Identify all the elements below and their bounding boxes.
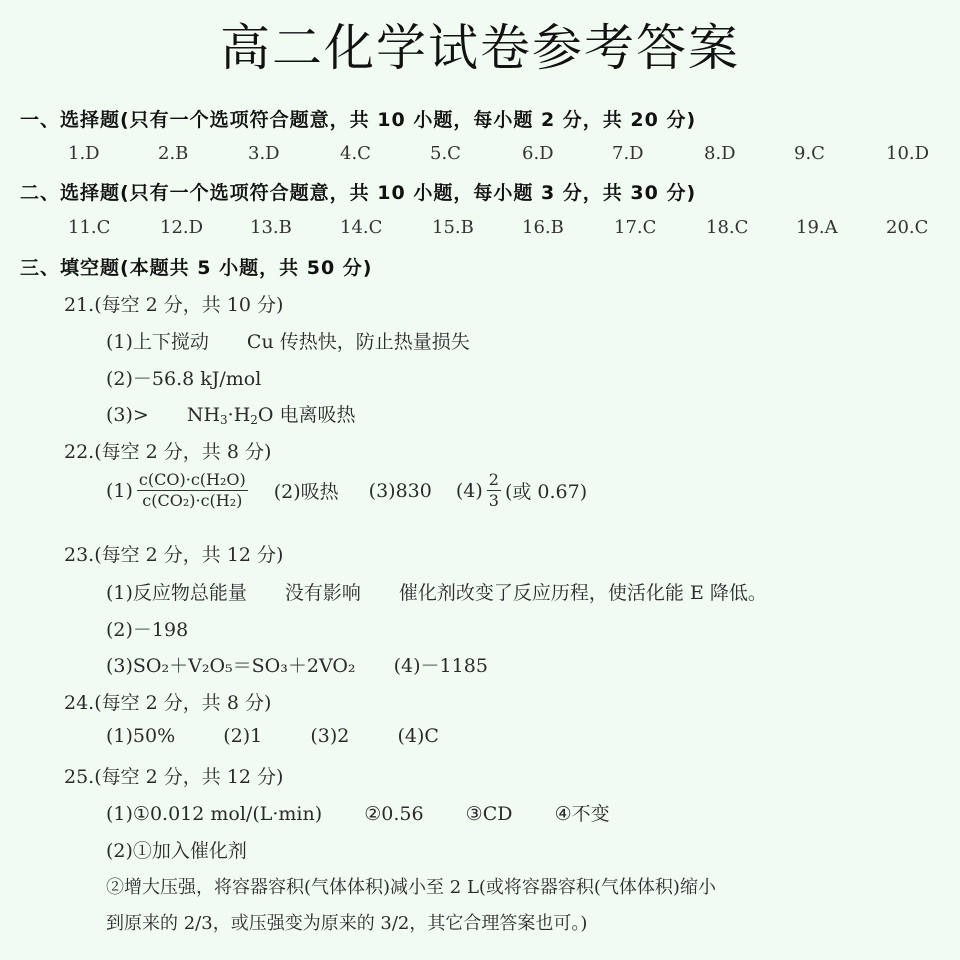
q22-a1-label: (1) xyxy=(106,480,133,502)
q25-answer-2-1: (2)①加入催化剂 xyxy=(106,836,247,863)
q21-a3-sub1: 3 xyxy=(220,413,228,427)
answer-10: 10.D xyxy=(886,143,929,164)
answer-2: 2.B xyxy=(158,143,188,164)
q21-a3-prefix: (3)> NH xyxy=(106,404,220,426)
answer-13: 13.B xyxy=(250,217,292,238)
q25-answer-2-2-line1: ②增大压强，将容器容积(气体体积)减小至 2 L(或将容器容积(气体体积)缩小 xyxy=(106,873,716,899)
answer-12: 12.D xyxy=(160,217,203,238)
q21-answer-1: (1)上下搅动 Cu 传热快，防止热量损失 xyxy=(106,327,470,354)
q23-answer-2: (2)－198 xyxy=(106,615,188,642)
q23-answer-1: (1)反应物总能量 没有影响 催化剂改变了反应历程，使活化能 E 降低。 xyxy=(106,578,767,605)
q21-answer-3: (3)> NH3·H2O 电离吸热 xyxy=(106,400,356,427)
ratio-fraction: 2 3 xyxy=(487,470,501,511)
q22-a2: (2)吸热 xyxy=(274,477,339,504)
q25-a1-3: ③CD xyxy=(466,803,513,825)
page-title: 高二化学试卷参考答案 xyxy=(0,8,960,80)
answer-6: 6.D xyxy=(522,143,554,164)
answer-9: 9.C xyxy=(794,143,825,164)
answer-3: 3.D xyxy=(248,143,280,164)
section2-heading: 二、选择题(只有一个选项符合题意，共 10 小题，每小题 3 分，共 30 分) xyxy=(20,178,696,205)
q22-heading: 22.(每空 2 分，共 8 分) xyxy=(64,437,271,464)
q25-a1-2: ②0.56 xyxy=(364,803,423,825)
q24-a4: (4)C xyxy=(397,725,438,747)
answer-11: 11.C xyxy=(68,217,110,238)
q23-heading: 23.(每空 2 分，共 12 分) xyxy=(64,540,283,567)
q25-answers-1: (1)①0.012 mol/(L·min) ②0.56 ③CD ④不变 xyxy=(106,799,610,826)
q25-answer-2-2-line2: 到原来的 2/3，或压强变为原来的 3/2，其它合理答案也可。) xyxy=(106,909,587,935)
q21-a3-sub2: 2 xyxy=(250,413,258,427)
q22-a4-label: (4) xyxy=(456,480,483,502)
answer-7: 7.D xyxy=(612,143,644,164)
equilibrium-constant-fraction: c(CO)·c(H₂O) c(CO₂)·c(H₂) xyxy=(137,470,248,511)
q25-a1-4: ④不变 xyxy=(555,803,610,825)
section3-heading: 三、填空题(本题共 5 小题，共 50 分) xyxy=(20,253,373,280)
q22-a4-suffix: (或 0.67) xyxy=(505,477,587,504)
answer-17: 17.C xyxy=(614,217,656,238)
q24-a1: (1)50% xyxy=(106,725,175,747)
answer-14: 14.C xyxy=(340,217,382,238)
answer-1: 1.D xyxy=(68,143,100,164)
ratio-denominator: 3 xyxy=(487,491,501,511)
answer-15: 15.B xyxy=(432,217,474,238)
q21-answer-2: (2)－56.8 kJ/mol xyxy=(106,364,261,391)
q25-a1-1: (1)①0.012 mol/(L·min) xyxy=(106,803,322,825)
q22-a3: (3)830 xyxy=(369,480,432,502)
section1-heading: 一、选择题(只有一个选项符合题意，共 10 小题，每小题 2 分，共 20 分) xyxy=(20,105,696,132)
ratio-numerator: 2 xyxy=(487,470,501,491)
answer-5: 5.C xyxy=(430,143,461,164)
q23-a4: (4)－1185 xyxy=(394,655,488,677)
answer-8: 8.D xyxy=(704,143,736,164)
q24-a3: (3)2 xyxy=(310,725,349,747)
answer-19: 19.A xyxy=(796,217,838,238)
fraction-denominator: c(CO₂)·c(H₂) xyxy=(137,491,248,511)
answer-20: 20.C xyxy=(886,217,928,238)
q23-a3: (3)SO₂＋V₂O₅＝SO₃＋2VO₂ xyxy=(106,655,356,677)
q23-answer-3-4: (3)SO₂＋V₂O₅＝SO₃＋2VO₂ (4)－1185 xyxy=(106,651,488,678)
answer-16: 16.B xyxy=(522,217,564,238)
answer-4: 4.C xyxy=(340,143,371,164)
q21-heading: 21.(每空 2 分，共 10 分) xyxy=(64,290,283,317)
q25-heading: 25.(每空 2 分，共 12 分) xyxy=(64,762,283,789)
q21-a3-mid: ·H xyxy=(228,404,251,426)
answer-18: 18.C xyxy=(706,217,748,238)
q21-a3-suffix: O 电离吸热 xyxy=(258,404,356,426)
fraction-numerator: c(CO)·c(H₂O) xyxy=(137,470,248,491)
q24-heading: 24.(每空 2 分，共 8 分) xyxy=(64,688,271,715)
q24-answers: (1)50% (2)1 (3)2 (4)C xyxy=(106,725,439,747)
q24-a2: (2)1 xyxy=(223,725,262,747)
q22-answers: (1) c(CO)·c(H₂O) c(CO₂)·c(H₂) (2)吸热 (3)8… xyxy=(106,470,587,511)
